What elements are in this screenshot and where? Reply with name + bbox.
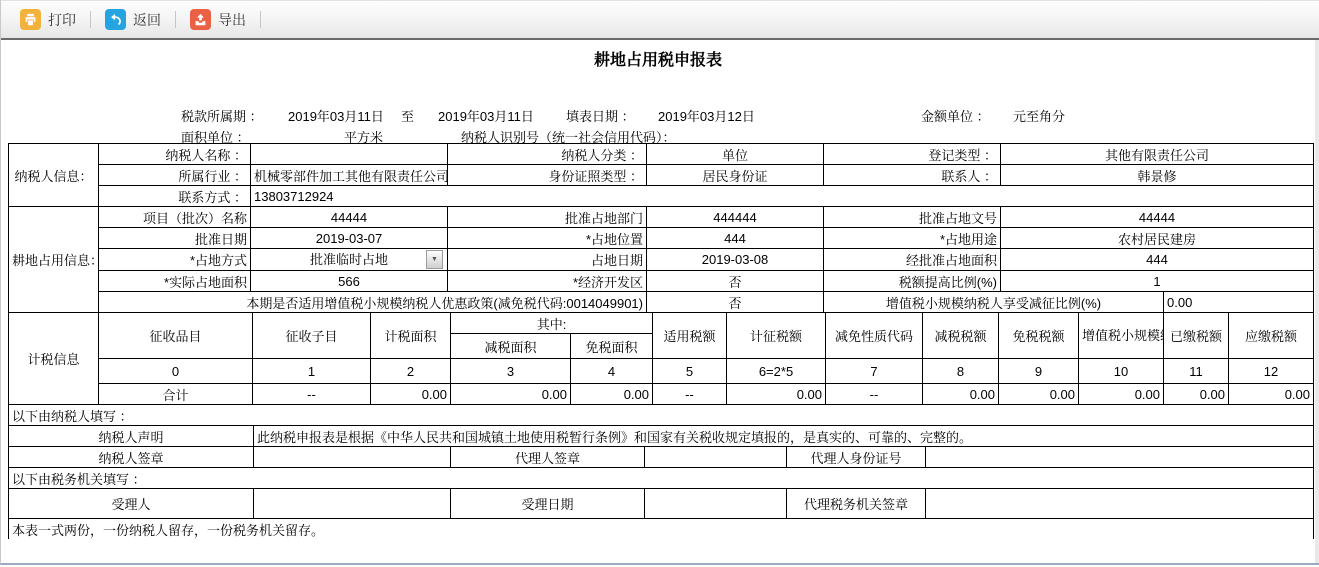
form-header: 耕地占用税申报表 税款所属期 ： 2019年03月11日 至 2019年03月1… (1, 40, 1315, 144)
total-cell: 0.00 (1079, 384, 1164, 405)
economic-zone-value: 否 (647, 271, 824, 292)
agent-sign-label: 代理人签章 (451, 447, 645, 468)
column-header: 减免性质代码 (826, 313, 923, 359)
project-name-value: 44444 (251, 207, 448, 228)
export-button[interactable]: 导出 (181, 5, 255, 35)
total-cell: -- (253, 384, 371, 405)
section-label-land-occupation: 耕地占用信息： (9, 207, 99, 313)
column-header: 征收子目 (253, 313, 371, 359)
column-header: 免税税额 (999, 313, 1079, 359)
column-header: 征收品目 (99, 313, 253, 359)
column-index: 12 (1229, 359, 1314, 384)
dropdown-arrow-icon[interactable]: ▼ (426, 250, 443, 269)
column-header: 应缴税额 (1229, 313, 1314, 359)
approval-dept-label: 批准占地部门 (448, 207, 647, 228)
column-index: 10 (1079, 359, 1164, 384)
column-header: 减税税额 (923, 313, 999, 359)
to-label: 至 (401, 106, 414, 125)
taxpayer-info-table: 纳税人信息： 纳税人名称 ： 纳税人分类 ： 单位 登记类型 ： 其他有限责任公… (8, 143, 1314, 207)
total-row: 合计 -- 0.00 0.00 0.00 -- 0.00 -- 0.00 0.0… (9, 384, 1314, 405)
taxpayer-id-label: 纳税人识别号（统一社会信用代码）： (461, 127, 676, 146)
industry-value: 机械零部件加工其他有限责任公司 (251, 165, 448, 186)
column-header-among: 其中: (451, 313, 653, 334)
table-row: 批准日期 2019-03-07 *占地位置 444 *占地用途 农村居民建房 (9, 228, 1314, 249)
taxpayer-fill-note: 以下由纳税人填写 ： (9, 405, 1314, 426)
back-button[interactable]: 返回 (96, 5, 170, 35)
tax-calculation-table: 计税信息 征收品目 征收子目 计税面积 其中: 适用税额 计征税额 减免性质代码… (8, 312, 1314, 405)
registration-type-value: 其他有限责任公司 (1001, 144, 1314, 165)
accept-date-label: 受理日期 (451, 489, 645, 519)
agent-sign-value (645, 447, 787, 468)
print-button[interactable]: 打印 (11, 5, 85, 35)
table-row: 联系方式 ： 13803712924 (9, 186, 1314, 207)
taxpayer-category-label: 纳税人分类 ： (448, 144, 647, 165)
column-header: 减税面积 (451, 334, 571, 359)
table-row: 受理人 受理日期 代理税务机关签章 (9, 489, 1314, 519)
vat-policy-label: 本期是否适用增值税小规模纳税人优惠政策(减免税代码:0014049901) (99, 292, 647, 313)
section-label-tax-calculation: 计税信息 (9, 313, 99, 405)
table-row: 本期是否适用增值税小规模纳税人优惠政策(减免税代码:0014049901) 否 … (9, 292, 1314, 313)
agency-sign-value (926, 489, 1314, 519)
column-header: 增值税小规模纳税人减征额 (1079, 313, 1164, 359)
agency-sign-label: 代理税务机关签章 (787, 489, 926, 519)
id-type-value: 居民身份证 (647, 165, 824, 186)
column-header: 已缴税额 (1164, 313, 1229, 359)
table-row: *实际占地面积 566 *经济开发区 否 税额提高比例(%) 1 (9, 271, 1314, 292)
acceptor-value (254, 489, 451, 519)
footer-note: 本表一式两份，一份纳税人留存，一份税务机关留存。 (9, 519, 1314, 540)
contact-person-value: 韩景修 (1001, 165, 1314, 186)
fill-date-label: 填表日期 ： (566, 106, 635, 125)
industry-label: 所属行业 ： (99, 165, 251, 186)
app-window: 打印 返回 导出 耕地占用税申报表 税款所属期 ： 2019年03月11日 至 … (0, 0, 1319, 565)
approved-area-label: 经批准占地面积 (824, 249, 1001, 271)
signature-table: 以下由纳税人填写 ： 纳税人声明 此纳税申报表是根据《中华人民共和国城镇土地使用… (8, 404, 1314, 540)
section-label-taxpayer-info: 纳税人信息： (9, 144, 99, 207)
table-row: 所属行业 ： 机械零部件加工其他有限责任公司 身份证照类型 ： 居民身份证 联系… (9, 165, 1314, 186)
total-cell: -- (653, 384, 727, 405)
column-header: 免税面积 (571, 334, 653, 359)
table-row: 纳税人声明 此纳税申报表是根据《中华人民共和国城镇土地使用税暂行条例》和国家有关… (9, 426, 1314, 447)
column-index: 4 (571, 359, 653, 384)
area-unit-label: 面积单位 ： (181, 127, 250, 146)
tax-period-end: 2019年03月11日 (438, 106, 534, 125)
land-occupation-table: 耕地占用信息： 项目（批次）名称 44444 批准占地部门 444444 批准占… (8, 206, 1314, 313)
accept-date-value (645, 489, 787, 519)
table-row: *占地方式 批准临时占地 ▼ 占地日期 2019-03-08 经批准占地面积 4… (9, 249, 1314, 271)
form-title: 耕地占用税申报表 (1, 47, 1315, 70)
total-cell: 0.00 (999, 384, 1079, 405)
land-use-value: 农村居民建房 (1001, 228, 1314, 249)
column-index: 11 (1164, 359, 1229, 384)
column-header: 适用税额 (653, 313, 727, 359)
taxpayer-name-value (251, 144, 448, 165)
printer-icon (20, 9, 41, 30)
contact-phone-label: 联系方式 ： (99, 186, 251, 207)
occupy-mode-selected-value: 批准临时占地 (310, 252, 388, 267)
table-row: 耕地占用信息： 项目（批次）名称 44444 批准占地部门 444444 批准占… (9, 207, 1314, 228)
total-cell: 0.00 (923, 384, 999, 405)
actual-area-label: *实际占地面积 (99, 271, 251, 292)
table-row: 纳税人签章 代理人签章 代理人身份证号 (9, 447, 1314, 468)
project-name-label: 项目（批次）名称 (99, 207, 251, 228)
export-button-label: 导出 (218, 10, 246, 30)
fill-date-value: 2019年03月12日 (658, 106, 755, 125)
tax-raise-ratio-label: 税额提高比例(%) (824, 271, 1001, 292)
tax-period-start: 2019年03月11日 (288, 106, 384, 125)
registration-type-label: 登记类型 ： (824, 144, 1001, 165)
undo-arrow-icon (105, 9, 126, 30)
agent-id-label: 代理人身份证号 (787, 447, 926, 468)
total-cell: 0.00 (1229, 384, 1314, 405)
tax-raise-ratio-value: 1 (1001, 271, 1314, 292)
occupy-mode-select[interactable]: 批准临时占地 ▼ (254, 249, 444, 270)
approved-area-value: 444 (1001, 249, 1314, 271)
export-icon (190, 9, 211, 30)
column-header: 计税面积 (371, 313, 451, 359)
column-index: 0 (99, 359, 253, 384)
table-row: 本表一式两份，一份纳税人留存，一份税务机关留存。 (9, 519, 1314, 540)
land-location-value: 444 (647, 228, 824, 249)
tax-period-label: 税款所属期 ： (181, 106, 263, 125)
column-header: 计征税额 (727, 313, 826, 359)
column-index: 3 (451, 359, 571, 384)
id-type-label: 身份证照类型 ： (448, 165, 647, 186)
column-index: 7 (826, 359, 923, 384)
contact-person-label: 联系人 ： (824, 165, 1001, 186)
land-location-label: *占地位置 (448, 228, 647, 249)
table-row: 纳税人信息： 纳税人名称 ： 纳税人分类 ： 单位 登记类型 ： 其他有限责任公… (9, 144, 1314, 165)
economic-zone-label: *经济开发区 (448, 271, 647, 292)
total-cell: 0.00 (727, 384, 826, 405)
taxpayer-sign-value (254, 447, 451, 468)
declaration-text: 此纳税申报表是根据《中华人民共和国城镇土地使用税暂行条例》和国家有关税收规定填报… (254, 426, 1314, 447)
authority-fill-note: 以下由税务机关填写 ： (9, 468, 1314, 489)
column-index: 1 (253, 359, 371, 384)
total-cell: -- (826, 384, 923, 405)
vat-reduction-ratio-value: 0.00 (1164, 292, 1314, 313)
declaration-label: 纳税人声明 (9, 426, 254, 447)
occupy-date-value: 2019-03-08 (647, 249, 824, 271)
total-cell: 0.00 (1164, 384, 1229, 405)
taxpayer-name-label: 纳税人名称 ： (99, 144, 251, 165)
occupy-mode-label: *占地方式 (99, 249, 251, 271)
taxpayer-sign-label: 纳税人签章 (9, 447, 254, 468)
table-header-row: 计税信息 征收品目 征收子目 计税面积 其中: 适用税额 计征税额 减免性质代码… (9, 313, 1314, 334)
column-index: 6=2*5 (727, 359, 826, 384)
column-index: 8 (923, 359, 999, 384)
vat-reduction-ratio-label: 增值税小规模纳税人享受减征比例(%) (824, 292, 1164, 313)
total-cell: 0.00 (451, 384, 571, 405)
taxpayer-category-value: 单位 (647, 144, 824, 165)
print-button-label: 打印 (48, 10, 76, 30)
actual-area-value: 566 (251, 271, 448, 292)
approval-date-value: 2019-03-07 (251, 228, 448, 249)
toolbar-separator (90, 11, 91, 28)
total-cell: 0.00 (571, 384, 653, 405)
toolbar-separator (260, 11, 261, 28)
approval-doc-value: 44444 (1001, 207, 1314, 228)
table-row: 以下由纳税人填写 ： (9, 405, 1314, 426)
acceptor-label: 受理人 (9, 489, 254, 519)
column-index: 5 (653, 359, 727, 384)
back-button-label: 返回 (133, 10, 161, 30)
column-index: 2 (371, 359, 451, 384)
table-row: 以下由税务机关填写 ： (9, 468, 1314, 489)
approval-dept-value: 444444 (647, 207, 824, 228)
form-content: 耕地占用税申报表 税款所属期 ： 2019年03月11日 至 2019年03月1… (1, 40, 1315, 563)
contact-phone-value: 13803712924 (251, 186, 1314, 207)
agent-id-value (926, 447, 1314, 468)
occupy-date-label: 占地日期 (448, 249, 647, 271)
total-cell: 0.00 (371, 384, 451, 405)
amount-unit-value: 元至角分 (1013, 106, 1065, 125)
column-index: 9 (999, 359, 1079, 384)
amount-unit-label: 金额单位 ： (921, 106, 990, 125)
toolbar: 打印 返回 导出 (1, 0, 1319, 40)
column-index-row: 0 1 2 3 4 5 6=2*5 7 8 9 10 11 12 (9, 359, 1314, 384)
approval-date-label: 批准日期 (99, 228, 251, 249)
land-use-label: *占地用途 (824, 228, 1001, 249)
vat-policy-value: 否 (647, 292, 824, 313)
total-label: 合计 (99, 384, 253, 405)
area-unit-value: 平方米 (344, 127, 383, 146)
toolbar-separator (175, 11, 176, 28)
occupy-mode-cell: 批准临时占地 ▼ (251, 249, 448, 271)
approval-doc-label: 批准占地文号 (824, 207, 1001, 228)
